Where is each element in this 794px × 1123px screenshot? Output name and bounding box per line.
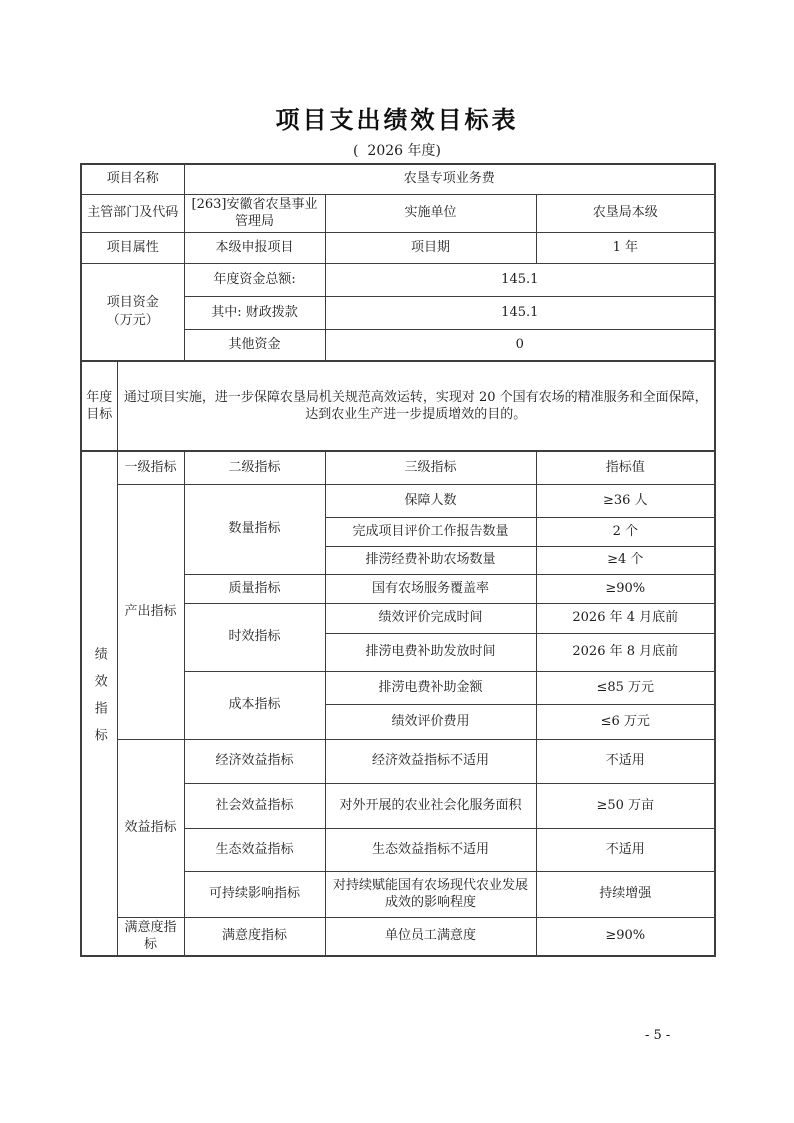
project-attr-label-cell: 项目属性: [81, 232, 184, 263]
indicator-name-cell: 对外开展的农业社会化服务面积: [325, 783, 536, 828]
doc-subtitle: ( 2026 年度): [0, 140, 794, 160]
indicator-value-cell: 2026 年 8 月底前: [536, 633, 715, 671]
indicator-value-cell: 不适用: [536, 739, 715, 783]
indicator-value-cell: ≤85 万元: [536, 671, 715, 704]
project-name-row: 项目名称 农垦专项业务费: [81, 164, 715, 194]
level2-cost-cell: 成本指标: [184, 671, 325, 739]
indicator-name-cell: 单位员工满意度: [325, 917, 536, 956]
indicator-name-cell: 保障人数: [325, 484, 536, 517]
level1-output-cell: 产出指标: [117, 484, 184, 739]
annual-goal-text-cell: 通过项目实施，进一步保障农垦局机关规范高效运转，实现对 20 个国有农场的精准服…: [117, 361, 715, 451]
project-period-label-cell: 项目期: [325, 232, 536, 263]
annual-goal-row: 年度目标 通过项目实施，进一步保障农垦局机关规范高效运转，实现对 20 个国有农…: [81, 361, 715, 451]
indicator-name-cell: 绩效评价完成时间: [325, 603, 536, 633]
level2-sustainable-cell: 可持续影响指标: [184, 871, 325, 917]
indicator-name-cell: 经济效益指标不适用: [325, 739, 536, 783]
dept-value-cell: [263]安徽省农垦事业管理局: [184, 194, 325, 232]
indicator-value-cell: ≤6 万元: [536, 704, 715, 739]
indicator-row: 满意度指标 满意度指标 单位员工满意度 ≥90%: [81, 917, 715, 956]
other-funds-label-cell: 其他资金: [184, 329, 325, 361]
project-attr-row: 项目属性 本级申报项目 项目期 1 年: [81, 232, 715, 263]
funding-label-line1: 项目资金: [85, 294, 181, 312]
indicator-name-cell: 生态效益指标不适用: [325, 828, 536, 871]
perf-side-label-cell: 绩效指标: [81, 451, 117, 956]
indicator-name-cell: 完成项目评价工作报告数量: [325, 517, 536, 546]
performance-target-table: 项目名称 农垦专项业务费 主管部门及代码 [263]安徽省农垦事业管理局 实施单…: [80, 163, 716, 957]
indicator-name-cell: 国有农场服务覆盖率: [325, 574, 536, 603]
fiscal-allocation-value-cell: 145.1: [325, 296, 715, 329]
level2-timeliness-cell: 时效指标: [184, 603, 325, 671]
indicator-name-cell: 排涝电费补助发放时间: [325, 633, 536, 671]
indicator-row: 产出指标 数量指标 保障人数 ≥36 人: [81, 484, 715, 517]
project-period-value-cell: 1 年: [536, 232, 715, 263]
indicator-name-cell: 排涝电费补助金额: [325, 671, 536, 704]
indicator-value-cell: ≥4 个: [536, 546, 715, 574]
perf-header-level1-cell: 一级指标: [117, 451, 184, 484]
project-attr-value-cell: 本级申报项目: [184, 232, 325, 263]
level2-social-cell: 社会效益指标: [184, 783, 325, 828]
indicator-value-cell: ≥90%: [536, 917, 715, 956]
funding-label-line2: （万元）: [85, 312, 181, 330]
indicator-value-cell: 持续增强: [536, 871, 715, 917]
indicator-value-cell: 2 个: [536, 517, 715, 546]
indicator-value-cell: 不适用: [536, 828, 715, 871]
dept-label-cell: 主管部门及代码: [81, 194, 184, 232]
indicator-name-cell: 排涝经费补助农场数量: [325, 546, 536, 574]
other-funds-value-cell: 0: [325, 329, 715, 361]
funding-total-label-cell: 年度资金总额:: [184, 263, 325, 296]
indicator-name-cell: 绩效评价费用: [325, 704, 536, 739]
perf-header-level3-cell: 三级指标: [325, 451, 536, 484]
project-name-value-cell: 农垦专项业务费: [184, 164, 715, 194]
indicator-value-cell: ≥36 人: [536, 484, 715, 517]
indicator-row: 效益指标 经济效益指标 经济效益指标不适用 不适用: [81, 739, 715, 783]
indicator-value-cell: ≥90%: [536, 574, 715, 603]
impl-unit-value-cell: 农垦局本级: [536, 194, 715, 232]
indicator-value-cell: ≥50 万亩: [536, 783, 715, 828]
project-name-label-cell: 项目名称: [81, 164, 184, 194]
perf-header-row: 绩效指标 一级指标 二级指标 三级指标 指标值: [81, 451, 715, 484]
funding-total-value-cell: 145.1: [325, 263, 715, 296]
indicator-name-cell: 对持续赋能国有农场现代农业发展成效的影响程度: [325, 871, 536, 917]
level2-economic-cell: 经济效益指标: [184, 739, 325, 783]
funding-total-row: 项目资金 （万元） 年度资金总额: 145.1: [81, 263, 715, 296]
level1-benefit-cell: 效益指标: [117, 739, 184, 917]
impl-unit-label-cell: 实施单位: [325, 194, 536, 232]
page-title: 项目支出绩效目标表: [0, 100, 794, 135]
fiscal-allocation-label-cell: 其中: 财政拨款: [184, 296, 325, 329]
level2-quality-cell: 质量指标: [184, 574, 325, 603]
level2-ecological-cell: 生态效益指标: [184, 828, 325, 871]
level2-quantity-cell: 数量指标: [184, 484, 325, 574]
level1-satisfaction-cell: 满意度指标: [117, 917, 184, 956]
dept-row: 主管部门及代码 [263]安徽省农垦事业管理局 实施单位 农垦局本级: [81, 194, 715, 232]
perf-side-label: 绩效指标: [93, 647, 106, 755]
level2-satisfaction-cell: 满意度指标: [184, 917, 325, 956]
document-page: 项目支出绩效目标表 ( 2026 年度) 项目名称 农垦专项业务费 主管部门及代…: [0, 0, 794, 1123]
indicator-value-cell: 2026 年 4 月底前: [536, 603, 715, 633]
perf-header-value-cell: 指标值: [536, 451, 715, 484]
perf-header-level2-cell: 二级指标: [184, 451, 325, 484]
funding-label-cell: 项目资金 （万元）: [81, 263, 184, 361]
page-number: - 5 -: [645, 1028, 670, 1043]
annual-goal-label-cell: 年度目标: [81, 361, 117, 451]
